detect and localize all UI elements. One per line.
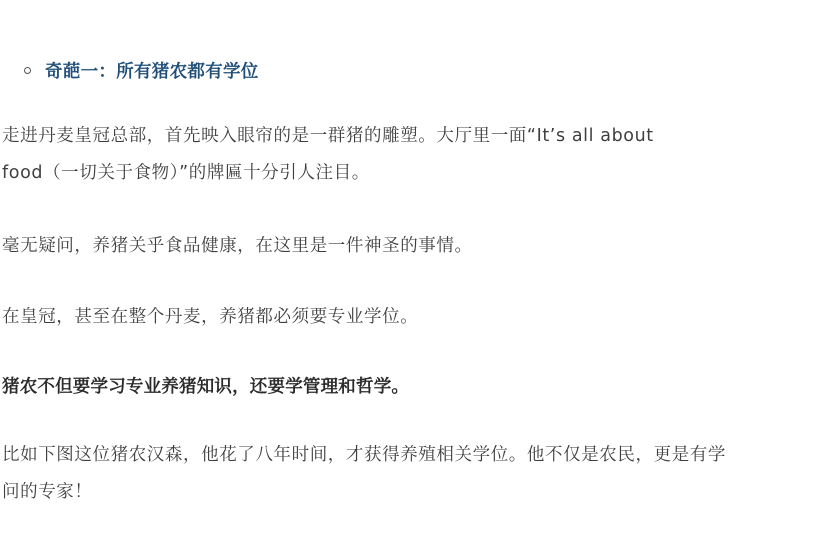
hollow-circle-bullet-icon — [24, 67, 31, 74]
paragraph-line: 猪农不但要学习专业养猪知识，还要学管理和哲学。 — [2, 369, 409, 406]
paragraph-food-health: 毫无疑问，养猪关乎食品健康，在这里是一件神圣的事情。 — [2, 228, 473, 265]
paragraph-line: 毫无疑问，养猪关乎食品健康，在这里是一件神圣的事情。 — [2, 228, 473, 265]
paragraph-intro: 走进丹麦皇冠总部，首先映入眼帘的是一群猪的雕塑。大厅里一面“It’s all a… — [2, 118, 654, 192]
paragraph-line: food（一切关于食物）”的牌匾十分引人注目。 — [2, 155, 654, 192]
paragraph-hansen: 比如下图这位猪农汉森，他花了八年时间，才获得养殖相关学位。他不仅是农民，更是有学… — [2, 437, 726, 511]
paragraph-line: 比如下图这位猪农汉森，他花了八年时间，才获得养殖相关学位。他不仅是农民，更是有学 — [2, 437, 726, 474]
paragraph-degree-required: 在皇冠，甚至在整个丹麦，养猪都必须要专业学位。 — [2, 299, 418, 336]
paragraph-line: 走进丹麦皇冠总部，首先映入眼帘的是一群猪的雕塑。大厅里一面“It’s all a… — [2, 118, 654, 155]
paragraph-line: 问的专家！ — [2, 474, 726, 511]
paragraph-bold-highlight: 猪农不但要学习专业养猪知识，还要学管理和哲学。 — [2, 369, 409, 406]
heading-text: 奇葩一：所有猪农都有学位 — [45, 58, 259, 83]
paragraph-line: 在皇冠，甚至在整个丹麦，养猪都必须要专业学位。 — [2, 299, 418, 336]
section-heading: 奇葩一：所有猪农都有学位 — [24, 58, 259, 83]
